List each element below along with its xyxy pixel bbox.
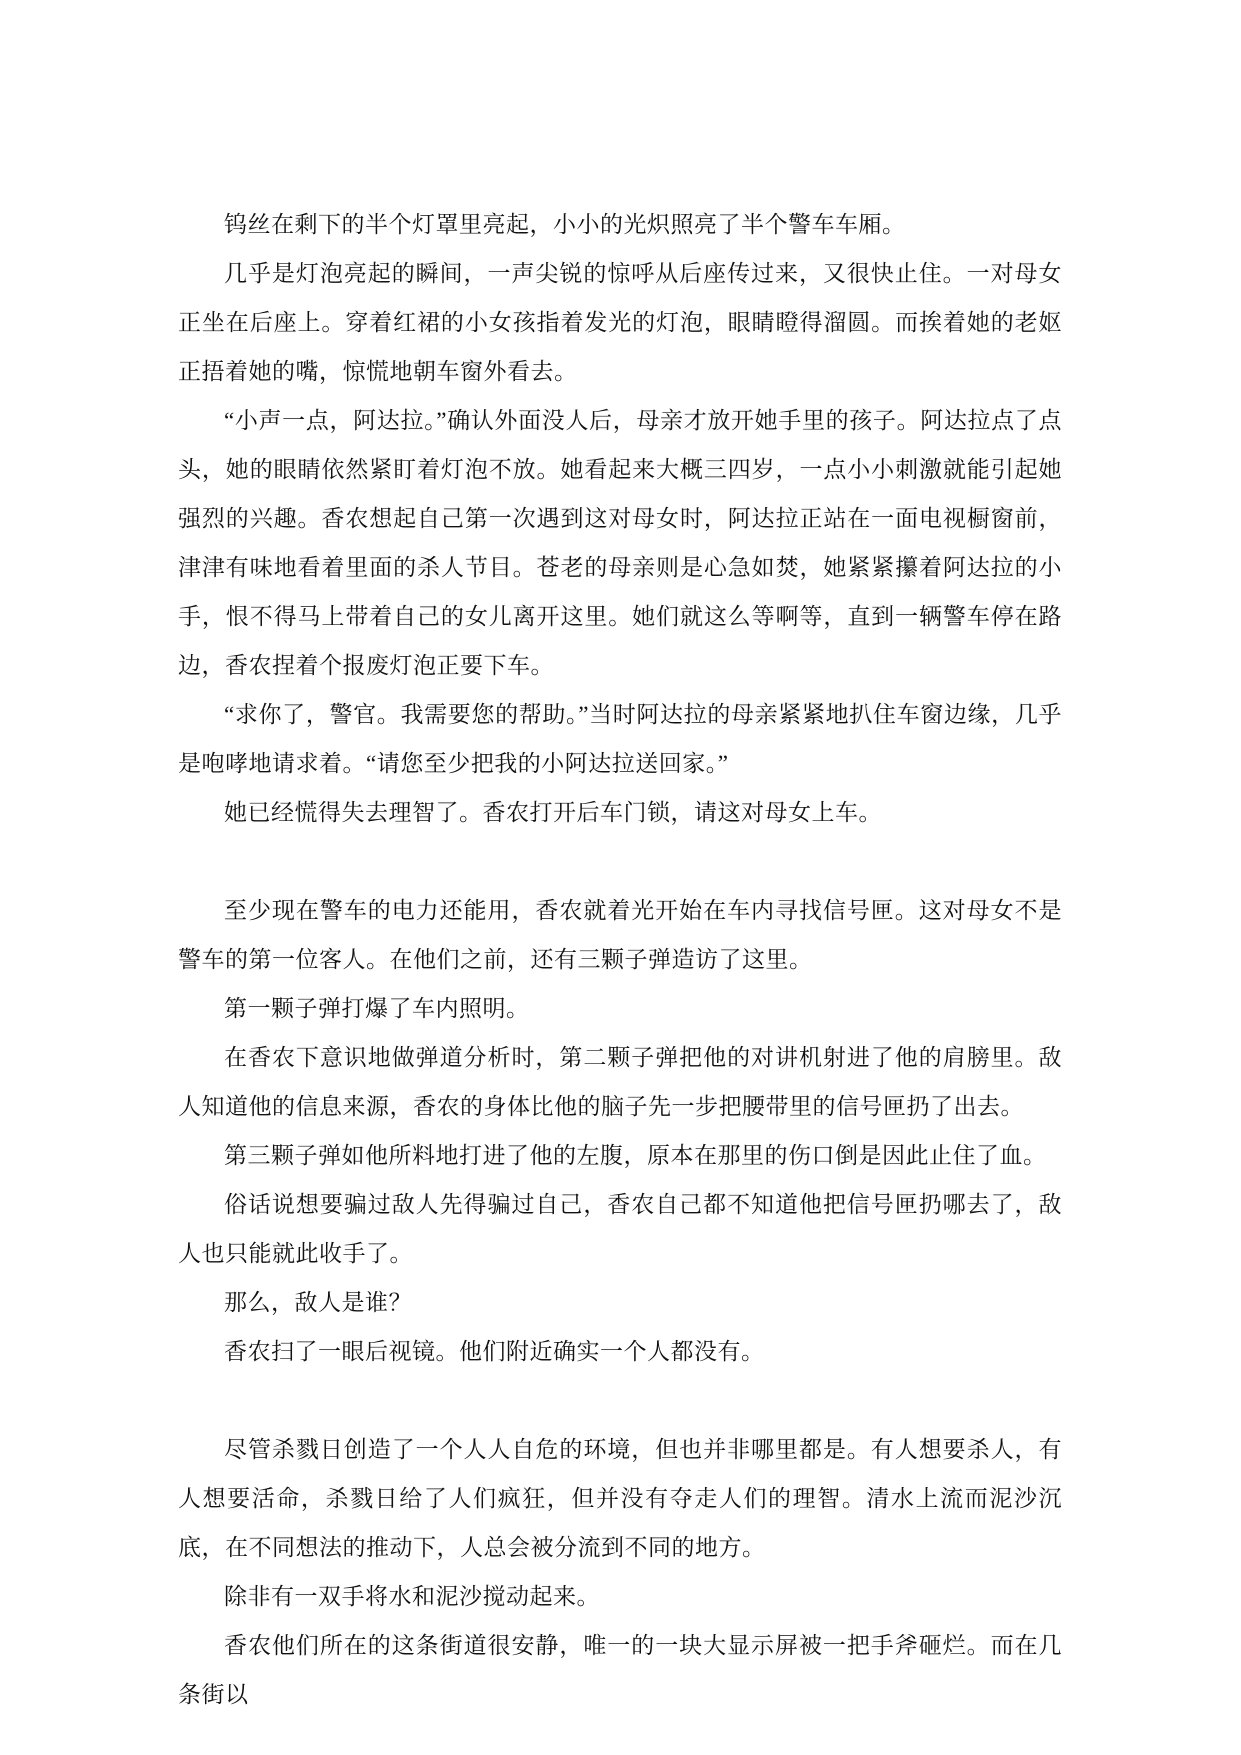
paragraph: 那么，敌人是谁？ [178,1278,1062,1327]
paragraph: 第三颗子弹如他所料地打进了他的左腹，原本在那里的伤口倒是因此止住了血。 [178,1131,1062,1180]
paragraph: 在香农下意识地做弹道分析时，第二颗子弹把他的对讲机射进了他的肩膀里。敌人知道他的… [178,1033,1062,1131]
paragraph: 香农他们所在的这条街道很安静，唯一的一块大显示屏被一把手斧砸烂。而在几条街以 [178,1621,1062,1719]
paragraph: 俗话说想要骗过敌人先得骗过自己，香农自己都不知道他把信号匣扔哪去了，敌人也只能就… [178,1180,1062,1278]
paragraph: 除非有一双手将水和泥沙搅动起来。 [178,1572,1062,1621]
paragraph: 几乎是灯泡亮起的瞬间，一声尖锐的惊呼从后座传过来，又很快止住。一对母女正坐在后座… [178,249,1062,396]
paragraph: “求你了，警官。我需要您的帮助。”当时阿达拉的母亲紧紧地扒住车窗边缘，几乎是咆哮… [178,690,1062,788]
paragraph: 至少现在警车的电力还能用，香农就着光开始在车内寻找信号匣。这对母女不是警车的第一… [178,886,1062,984]
paragraph: 她已经慌得失去理智了。香农打开后车门锁，请这对母女上车。 [178,788,1062,837]
text-block: 钨丝在剩下的半个灯罩里亮起，小小的光炽照亮了半个警车车厢。几乎是灯泡亮起的瞬间，… [178,200,1062,1719]
novel-page: 钨丝在剩下的半个灯罩里亮起，小小的光炽照亮了半个警车车厢。几乎是灯泡亮起的瞬间，… [0,0,1241,1755]
paragraph: “小声一点，阿达拉。”确认外面没人后，母亲才放开她手里的孩子。阿达拉点了点头，她… [178,396,1062,690]
paragraph: 第一颗子弹打爆了车内照明。 [178,984,1062,1033]
paragraph: 钨丝在剩下的半个灯罩里亮起，小小的光炽照亮了半个警车车厢。 [178,200,1062,249]
paragraph: 香农扫了一眼后视镜。他们附近确实一个人都没有。 [178,1327,1062,1376]
paragraph: 尽管杀戮日创造了一个人人自危的环境，但也并非哪里都是。有人想要杀人，有人想要活命… [178,1425,1062,1572]
